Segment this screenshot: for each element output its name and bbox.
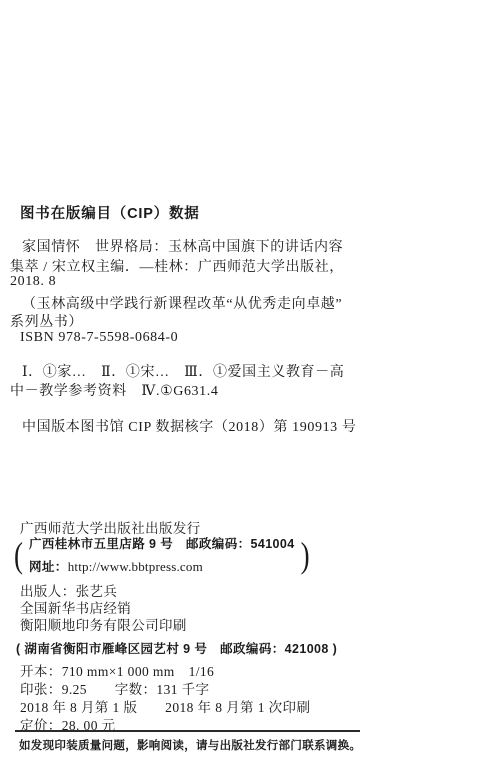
printer-address-line: ( 湖南省衡阳市雁峰区园艺村 9 号 邮政编码：421008 )	[16, 639, 337, 657]
format-line: 开本：710 mm×1 000 mm 1/16	[20, 660, 214, 680]
website-line: 网址：http://www.bbtpress.com	[29, 557, 295, 576]
cip-title-line2: 集萃 / 宋立权主编．—桂林：广西师范大学出版社，	[10, 256, 344, 276]
copyright-page: 图书在版编目（CIP）数据 家国情怀 世界格局：玉林高中国旗下的讲话内容 集萃 …	[0, 0, 500, 775]
big-paren-right: )	[301, 537, 310, 573]
quality-notice: 如发现印装质量问题，影响阅读，请与出版社发行部门联系调换。	[19, 737, 361, 753]
divider-rule	[15, 730, 360, 732]
cip-classification-line1: Ⅰ．①家… Ⅱ．①宋… Ⅲ．①爱国主义教育－高	[22, 361, 344, 381]
cip-series-line2: 系列丛书）	[10, 311, 83, 331]
website-url: http://www.bbtpress.com	[68, 559, 203, 574]
cip-classification-line2: 中－教学参考资料 Ⅳ.①G631.4	[10, 380, 218, 400]
cip-header: 图书在版编目（CIP）数据	[20, 202, 200, 223]
printer-line: 衡阳顺地印务有限公司印刷	[20, 614, 187, 634]
cip-title-line3: 2018. 8	[10, 274, 56, 290]
isbn-line: ISBN 978-7-5598-0684-0	[20, 330, 178, 346]
publisher-address-group: ( 广西桂林市五里店路 9 号 邮政编码：541004 网址：http://ww…	[14, 534, 310, 576]
edition-printing-line: 2018 年 8 月第 1 版 2018 年 8 月第 1 次印刷	[20, 696, 310, 716]
sheets-words-line: 印张：9.25 字数：131 千字	[20, 678, 209, 698]
cip-record-number: 中国版本图书馆 CIP 数据核字（2018）第 190913 号	[22, 416, 356, 436]
website-label: 网址：	[29, 560, 68, 574]
big-paren-left: (	[14, 537, 23, 573]
cip-title-line1: 家国情怀 世界格局：玉林高中国旗下的讲话内容	[22, 236, 343, 256]
publisher-address: 广西桂林市五里店路 9 号 邮政编码：541004	[29, 534, 295, 552]
publisher-address-content: 广西桂林市五里店路 9 号 邮政编码：541004 网址：http://www.…	[29, 534, 295, 576]
cip-series-line1: （玉林高级中学践行新课程改革“从优秀走向卓越”	[22, 293, 342, 313]
